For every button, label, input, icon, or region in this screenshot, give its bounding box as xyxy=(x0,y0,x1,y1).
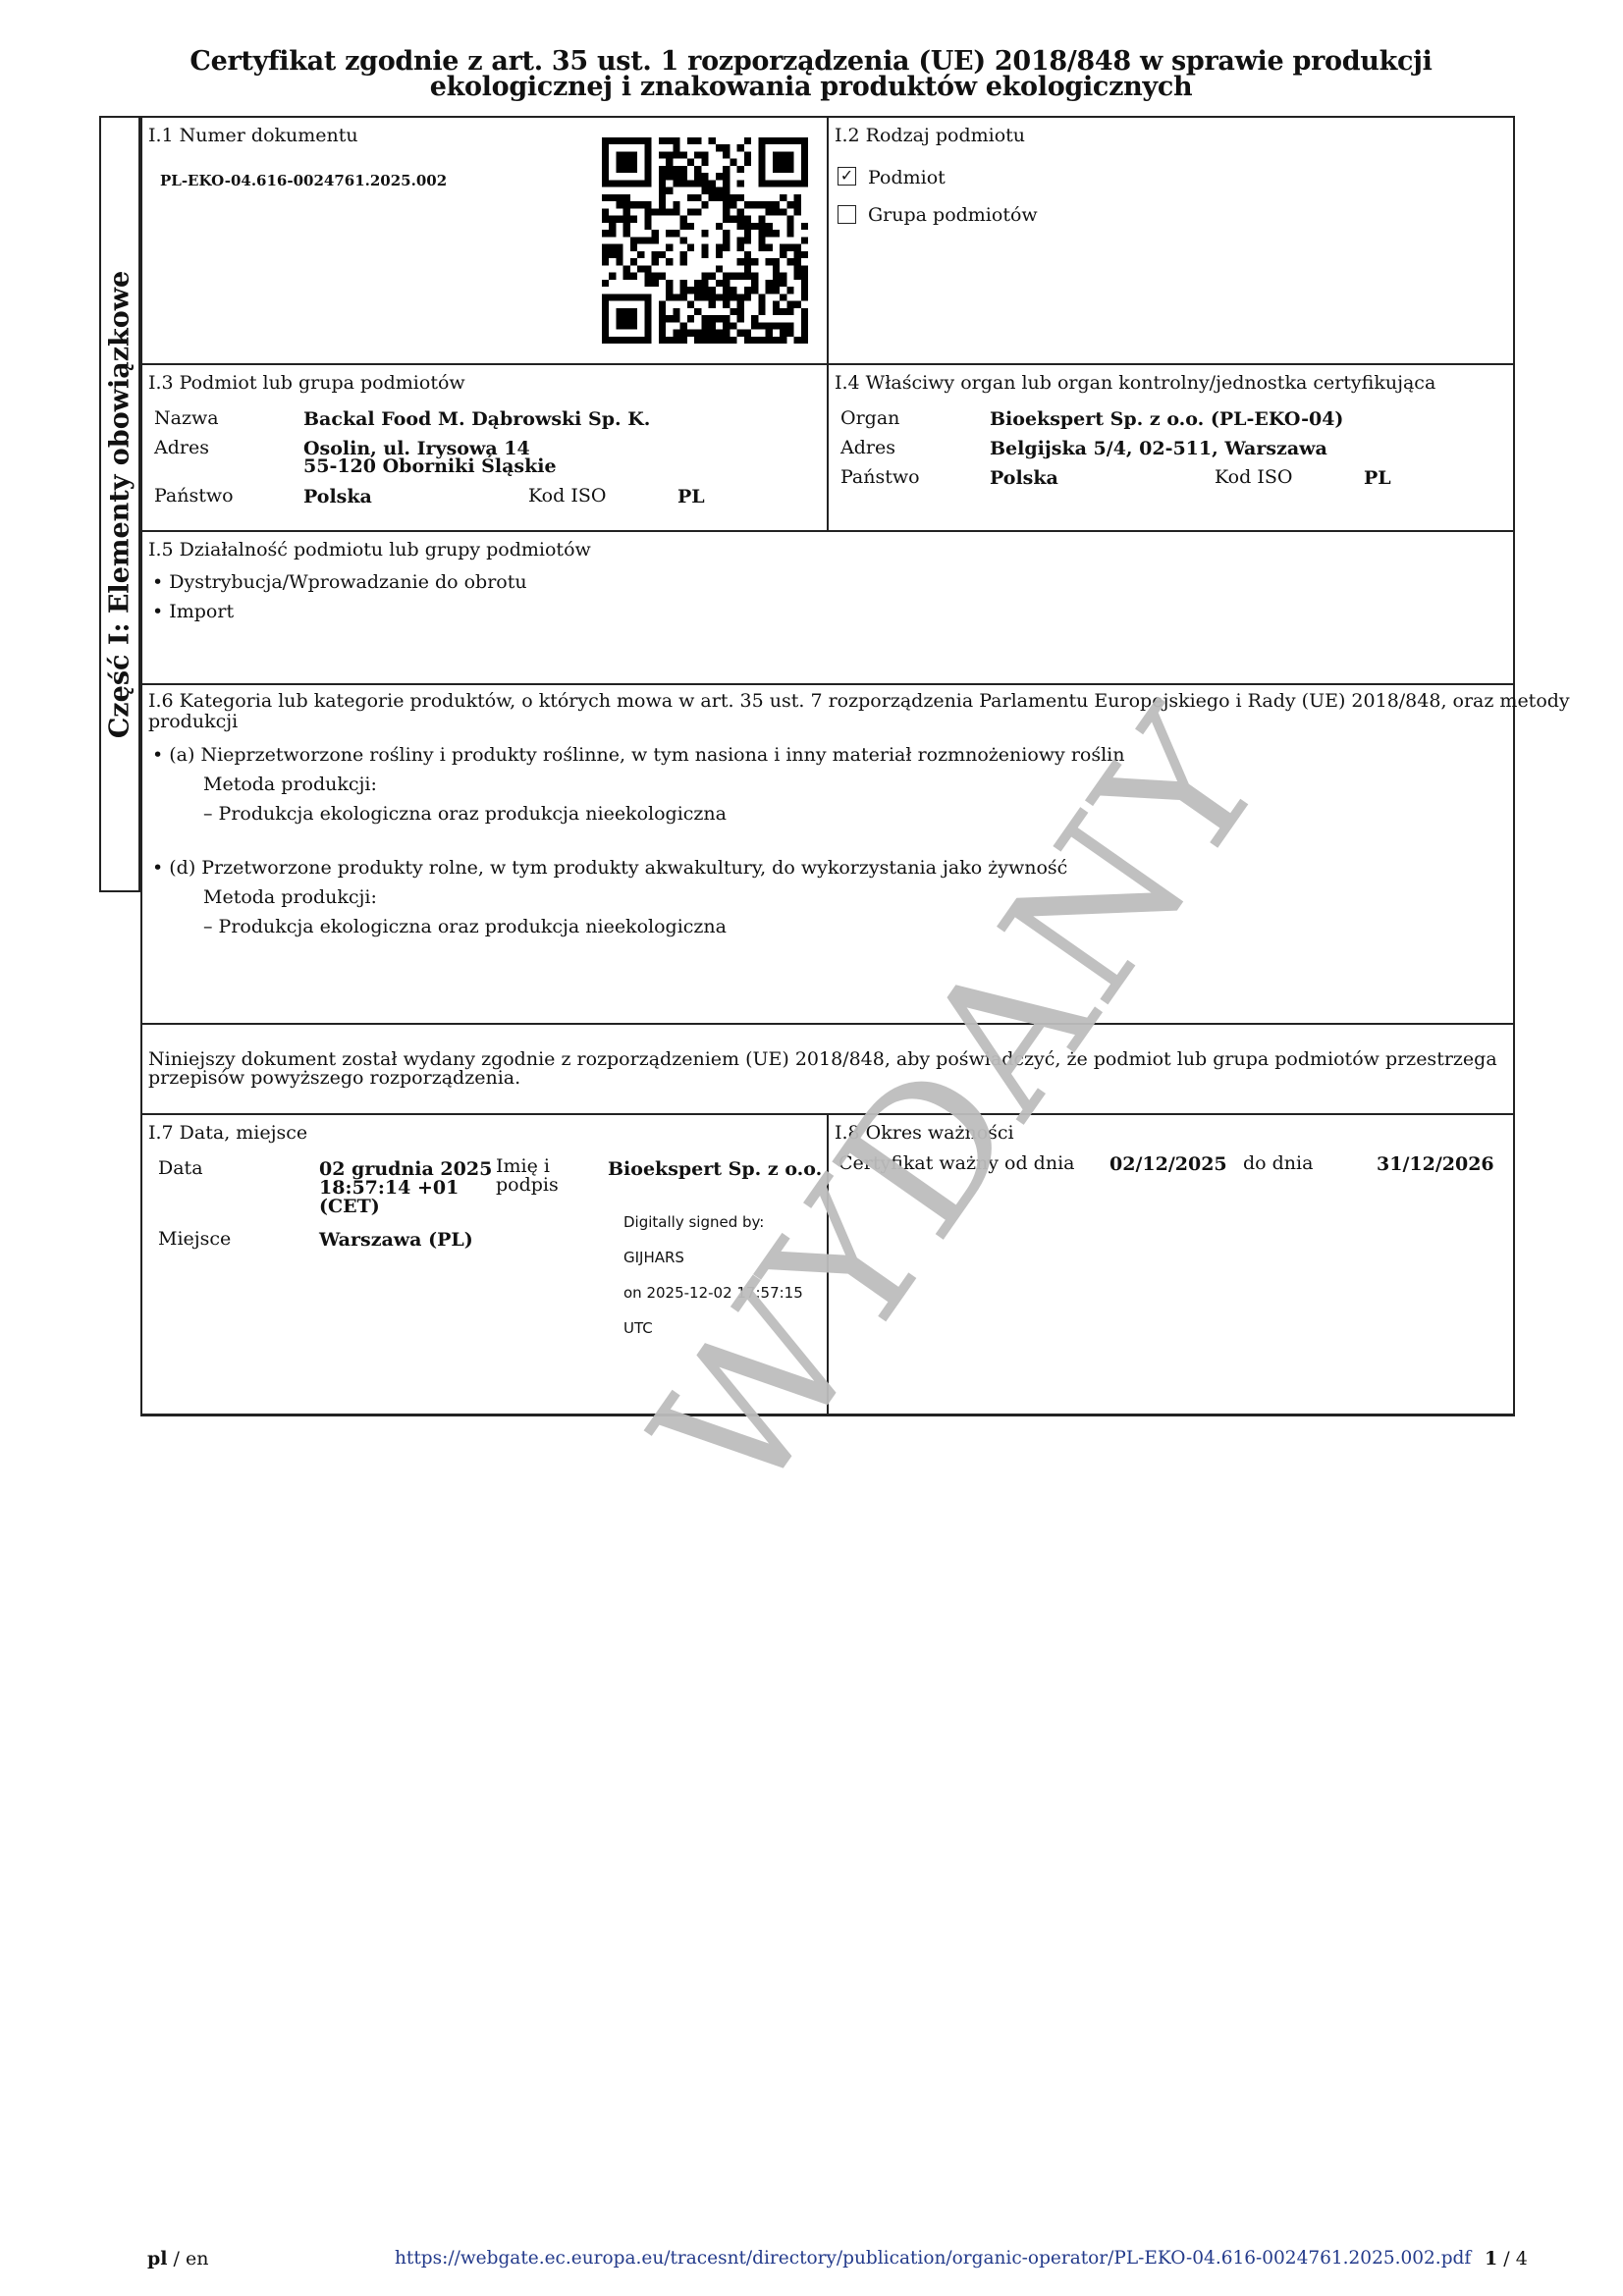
signer-name: Bioekspert Sp. z o.o. xyxy=(608,1160,822,1179)
digital-signature-line: Digitally signed by: xyxy=(623,1213,764,1231)
i7-date-key: Data xyxy=(158,1157,203,1179)
section-i5: I.5 Działalność podmiotu lub grupy podmi… xyxy=(140,530,1515,685)
page-current: 1 xyxy=(1485,2248,1497,2269)
section-i2: I.2 Rodzaj podmiotu ✓ Podmiot Grupa podm… xyxy=(827,116,1515,365)
page-total: 4 xyxy=(1516,2248,1528,2269)
statement-section: Niniejszy dokument został wydany zgodnie… xyxy=(140,1023,1515,1115)
i7-sign-key-cont: podpis xyxy=(496,1176,559,1195)
i1-label: I.1 Numer dokumentu xyxy=(148,125,358,146)
option-grupa-label: Grupa podmiotów xyxy=(868,204,1038,226)
section-i8: I.8 Okres ważności Certyfikat ważny od d… xyxy=(827,1113,1515,1416)
product-category: • (a) Nieprzetworzone rośliny i produkty… xyxy=(152,744,1125,766)
lang-pl[interactable]: pl xyxy=(147,2248,168,2269)
method-label: Metoda produkcji: xyxy=(203,774,377,795)
i6-label: I.6 Kategoria lub kategorie produktów, o… xyxy=(148,692,1570,711)
i8-label: I.8 Okres ważności xyxy=(835,1122,1014,1144)
valid-from-key: Certyfikat ważny od dnia xyxy=(839,1152,1074,1174)
valid-from-date: 02/12/2025 xyxy=(1109,1155,1227,1174)
lang-separator: / xyxy=(168,2248,186,2269)
valid-to-key: do dnia xyxy=(1243,1152,1313,1174)
checkbox-grupa-podmiotow[interactable] xyxy=(838,205,856,224)
i3-address-key: Adres xyxy=(154,437,209,458)
i2-label: I.2 Rodzaj podmiotu xyxy=(835,125,1025,146)
production-method: – Produkcja ekologiczna oraz produkcja n… xyxy=(203,916,727,937)
operator-country: Polska xyxy=(303,488,372,507)
language-switcher: pl / en xyxy=(147,2248,208,2269)
i5-label: I.5 Działalność podmiotu lub grupy podmi… xyxy=(148,539,591,561)
control-body-iso: PL xyxy=(1364,469,1391,488)
i4-iso-key: Kod ISO xyxy=(1215,466,1292,488)
i3-country-key: Państwo xyxy=(154,485,234,507)
section-i4: I.4 Właściwy organ lub organ kontrolny/j… xyxy=(827,363,1515,532)
i4-address-key: Adres xyxy=(840,437,895,458)
section-i7: I.7 Data, miejsce Data 02 grudnia 2025 1… xyxy=(140,1113,829,1416)
method-label: Metoda produkcji: xyxy=(203,886,377,908)
issue-timezone: (CET) xyxy=(319,1198,380,1216)
operator-address-line2: 55-120 Oborniki Śląskie xyxy=(303,457,557,476)
i3-name-key: Nazwa xyxy=(154,407,219,429)
activity-item: • Dystrybucja/Wprowadzanie do obrotu xyxy=(152,571,527,593)
document-url-link[interactable]: https://webgate.ec.europa.eu/tracesnt/di… xyxy=(395,2248,1471,2269)
statement-line2: przepisów powyższego rozporządzenia. xyxy=(148,1069,520,1088)
checkbox-podmiot[interactable]: ✓ xyxy=(838,167,856,186)
document-title: Certyfikat zgodnie z art. 35 ust. 1 rozp… xyxy=(108,49,1514,100)
i3-iso-key: Kod ISO xyxy=(528,485,606,507)
i4-country-key: Państwo xyxy=(840,466,920,488)
i6-label-cont: produkcji xyxy=(148,711,238,732)
section-i3: I.3 Podmiot lub grupa podmiotów Nazwa Ba… xyxy=(140,363,829,532)
product-category: • (d) Przetworzone produkty rolne, w tym… xyxy=(152,857,1067,879)
i7-place-key: Miejsce xyxy=(158,1228,231,1250)
qr-code-icon[interactable] xyxy=(602,137,808,344)
section-i1: I.1 Numer dokumentu PL-EKO-04.616-002476… xyxy=(140,116,829,365)
production-method: – Produkcja ekologiczna oraz produkcja n… xyxy=(203,803,727,825)
control-body-country: Polska xyxy=(990,469,1058,488)
certificate-grid: I.1 Numer dokumentu PL-EKO-04.616-002476… xyxy=(140,116,1515,1416)
valid-to-date: 31/12/2026 xyxy=(1377,1155,1494,1174)
digital-signature-time: on 2025-12-02 17:57:15 xyxy=(623,1284,803,1302)
digital-signature-signer: GIJHARS xyxy=(623,1249,684,1266)
page-separator: / xyxy=(1497,2248,1515,2269)
activity-item: • Import xyxy=(152,601,234,622)
control-body-name: Bioekspert Sp. z o.o. (PL-EKO-04) xyxy=(990,410,1343,429)
document-number: PL-EKO-04.616-0024761.2025.002 xyxy=(160,172,447,190)
operator-name: Backal Food M. Dąbrowski Sp. K. xyxy=(303,410,650,429)
operator-iso: PL xyxy=(677,488,705,507)
i4-organ-key: Organ xyxy=(840,407,899,429)
lang-en[interactable]: en xyxy=(186,2248,208,2269)
section-i6: I.6 Kategoria lub kategorie produktów, o… xyxy=(140,683,1515,1025)
section-side-label: Część I: Elementy obowiązkowe xyxy=(99,116,140,892)
page-indicator: 1 / 4 xyxy=(1485,2248,1528,2269)
i7-label: I.7 Data, miejsce xyxy=(148,1122,307,1144)
option-podmiot-label: Podmiot xyxy=(868,167,946,188)
i3-label: I.3 Podmiot lub grupa podmiotów xyxy=(148,372,465,394)
control-body-address: Belgijska 5/4, 02-511, Warszawa xyxy=(990,440,1327,458)
digital-signature-tz: UTC xyxy=(623,1319,653,1337)
issue-place: Warszawa (PL) xyxy=(319,1231,473,1250)
i4-label: I.4 Właściwy organ lub organ kontrolny/j… xyxy=(835,372,1435,394)
side-label-text: Część I: Elementy obowiązkowe xyxy=(105,270,135,737)
